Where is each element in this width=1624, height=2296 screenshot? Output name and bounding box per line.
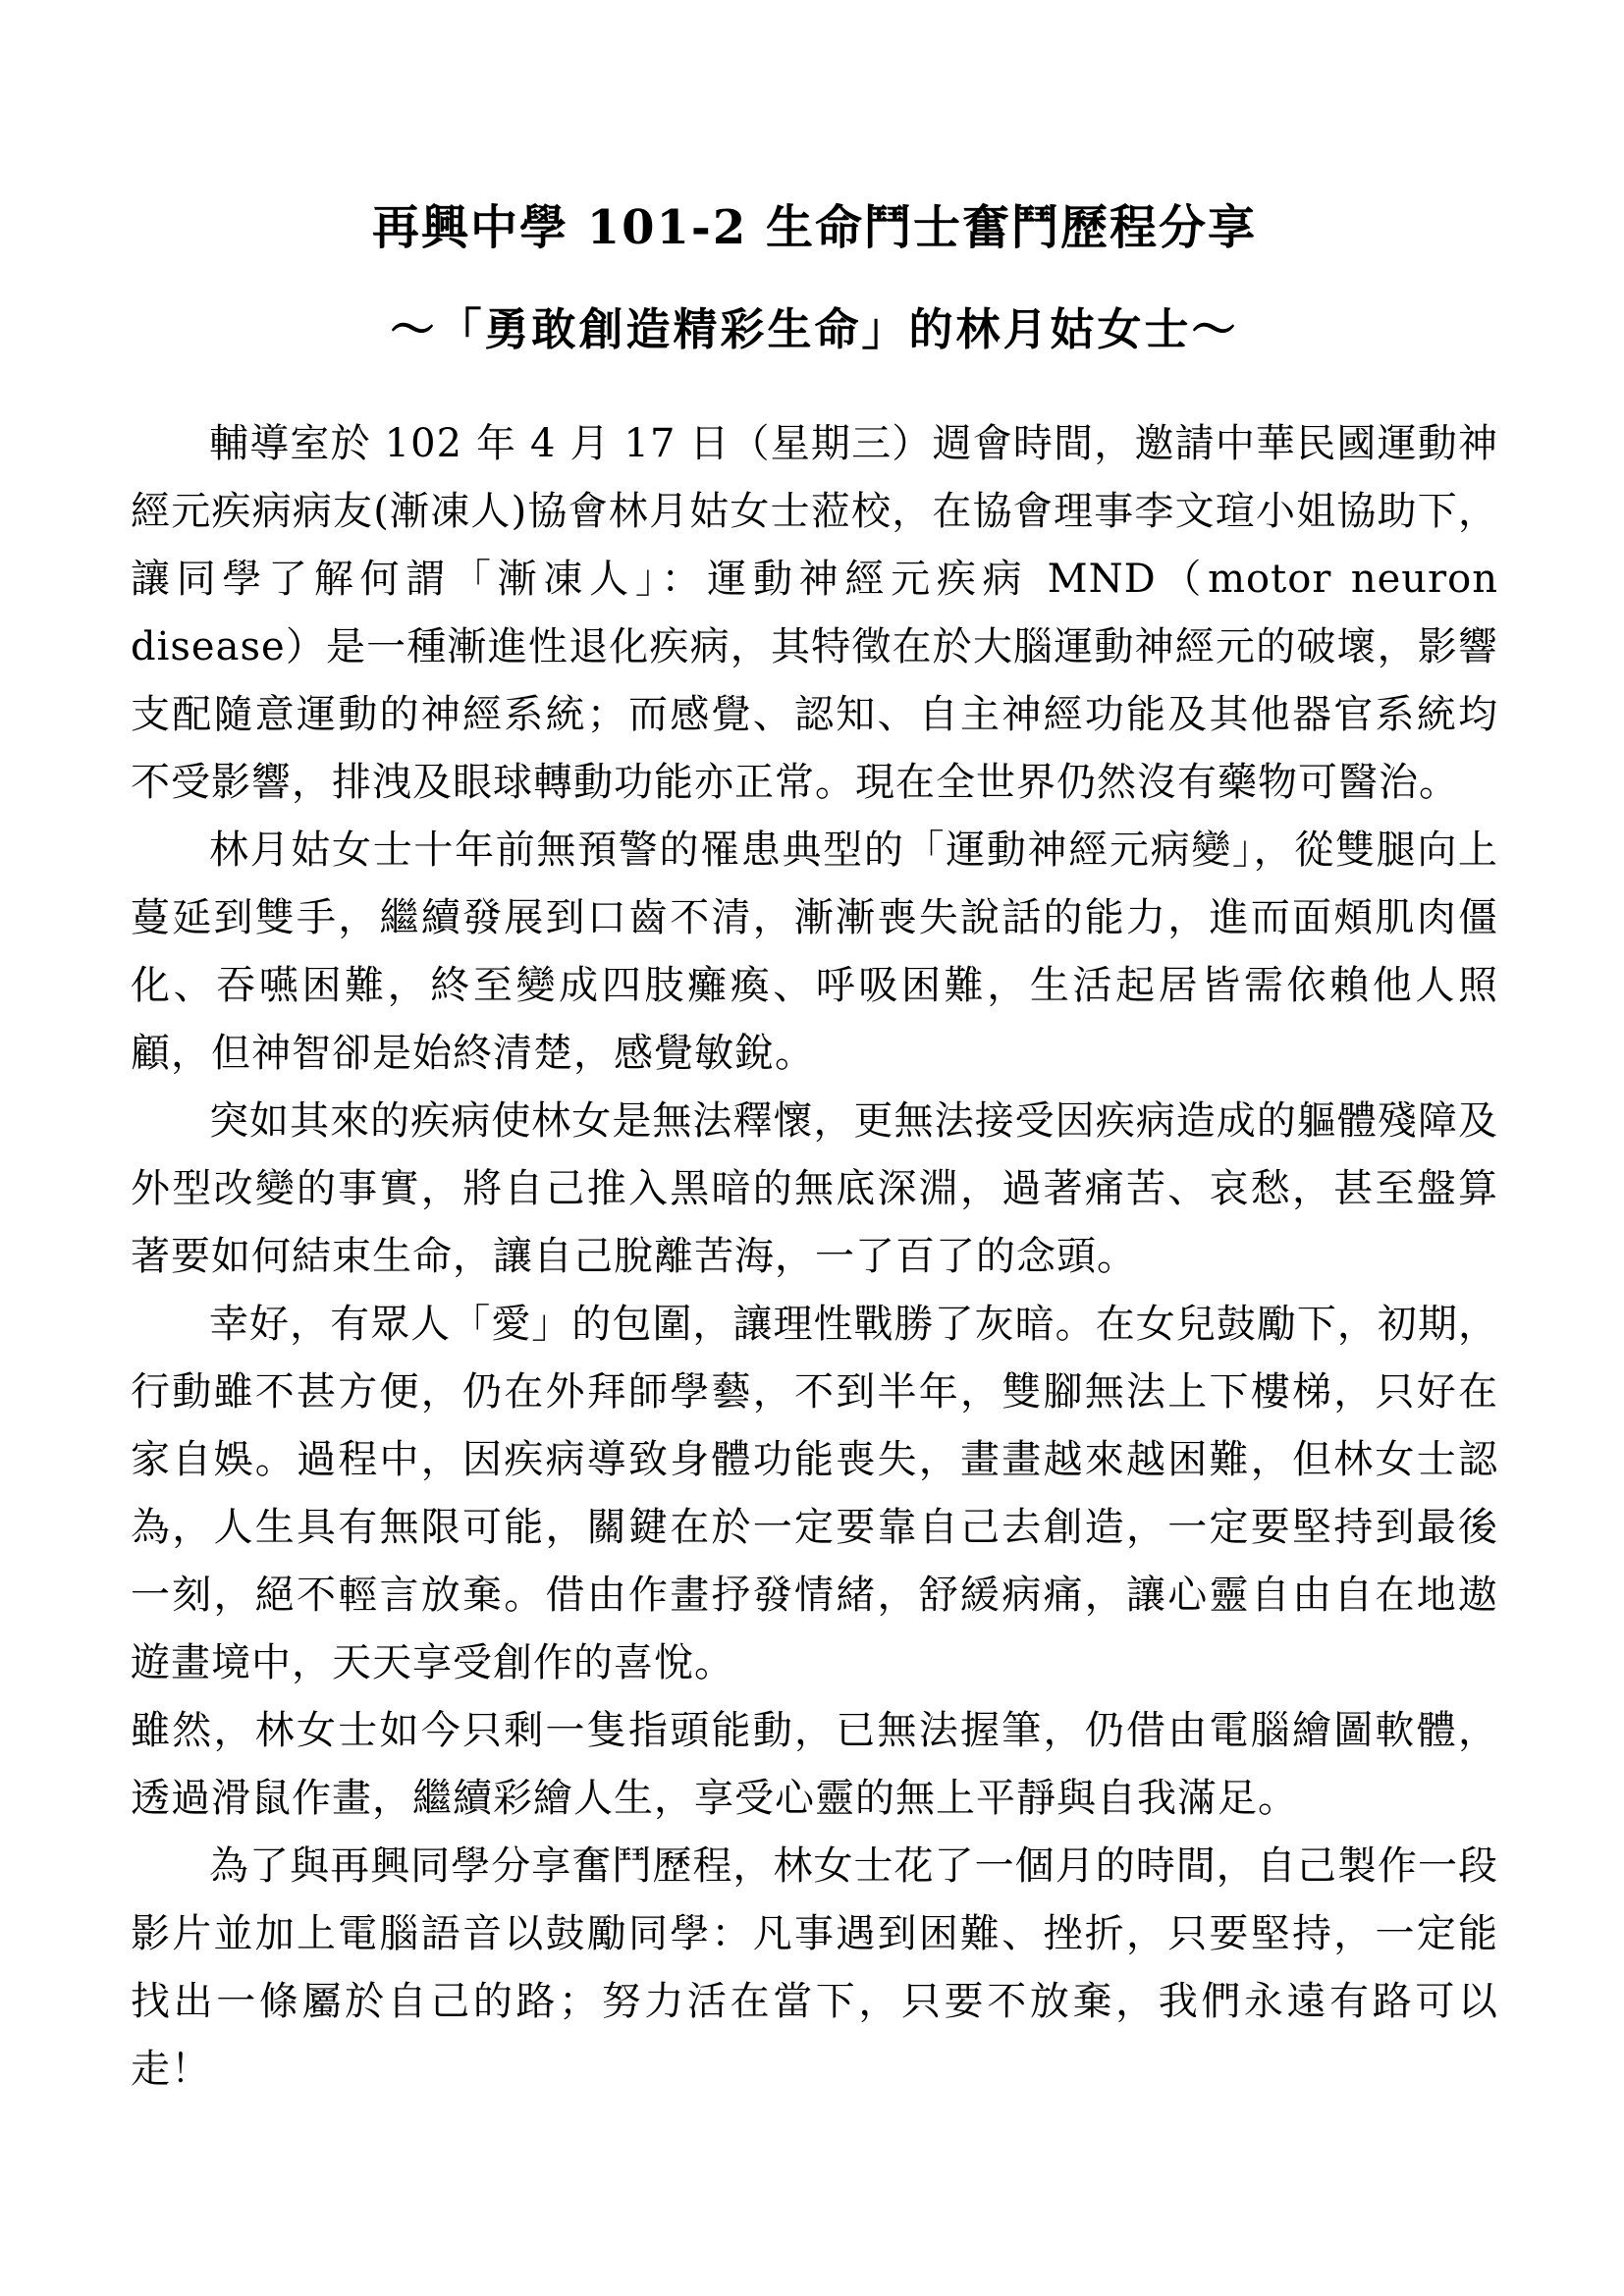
paragraph-encouragement: 為了與再興同學分享奮鬥歷程，林女士花了一個月的時間，自己製作一段影片並加上電腦語…: [131, 1833, 1498, 2104]
document-body: 輔導室於 102 年 4 月 17 日（星期三）週會時間，邀請中華民國運動神經元…: [131, 410, 1498, 2104]
document-page: 再興中學 101-2 生命鬥士奮鬥歷程分享 ～「勇敢創造精彩生命」的林月姑女士～…: [0, 0, 1624, 2296]
paragraph-painting: 幸好，有眾人「愛」的包圍，讓理性戰勝了灰暗。在女兒鼓勵下，初期，行動雖不甚方便，…: [131, 1291, 1498, 1697]
paragraph-computer-drawing: 雖然，林女士如今只剩一隻指頭能動，已無法握筆，仍借由電腦繪圖軟體，透過滑鼠作畫，…: [131, 1697, 1498, 1833]
paragraph-despair: 突如其來的疾病使林女是無法釋懷，更無法接受因疾病造成的軀體殘障及外型改變的事實，…: [131, 1088, 1498, 1291]
document-subtitle: ～「勇敢創造精彩生命」的林月姑女士～: [131, 304, 1498, 355]
paragraph-illness-onset: 林月姑女士十年前無預警的罹患典型的「運動神經元病變」，從雙腿向上蔓延到雙手，繼續…: [131, 817, 1498, 1088]
paragraph-intro: 輔導室於 102 年 4 月 17 日（星期三）週會時間，邀請中華民國運動神經元…: [131, 410, 1498, 817]
document-title: 再興中學 101-2 生命鬥士奮鬥歷程分享: [131, 201, 1498, 255]
